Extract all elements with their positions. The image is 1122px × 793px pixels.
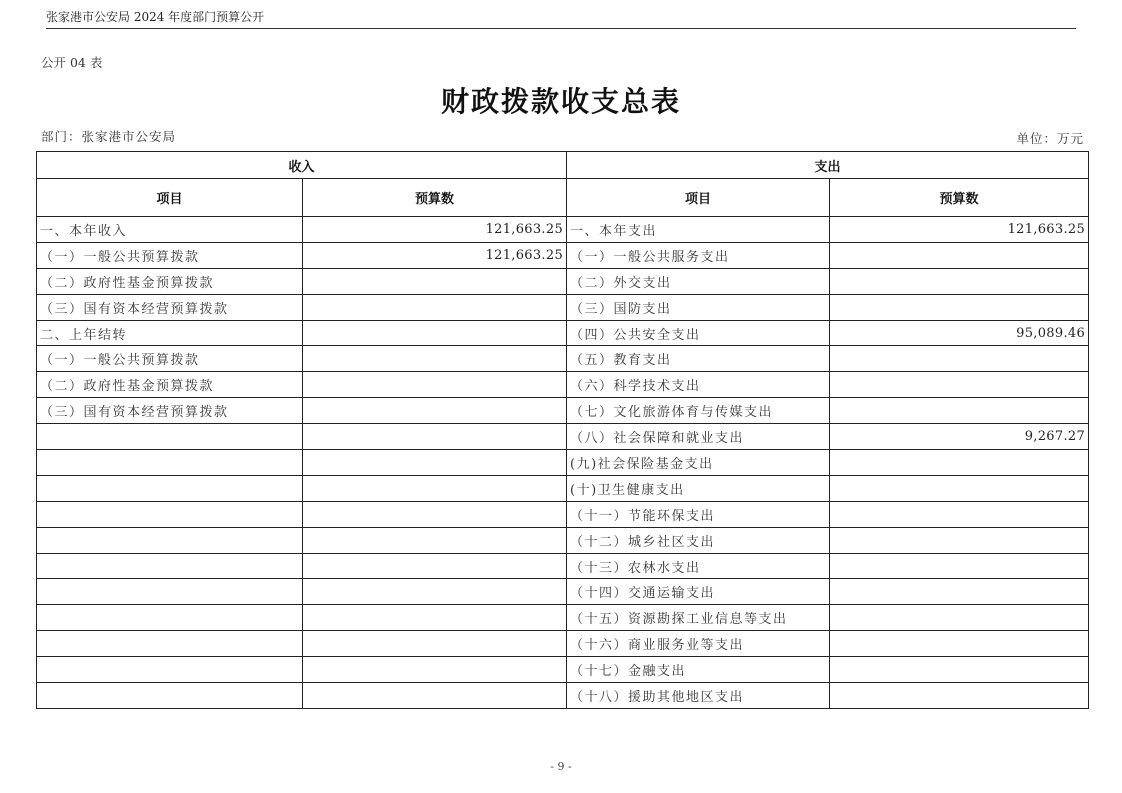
income-group-header: 收入 bbox=[37, 152, 567, 179]
expense-item-cell: (九)社会保险基金支出 bbox=[567, 450, 830, 476]
table-row: （一）一般公共预算拨款121,663.25（一）一般公共服务支出 bbox=[37, 242, 1089, 268]
income-item-cell: （二）政府性基金预算拨款 bbox=[37, 372, 303, 398]
expense-item-cell: （十五）资源勘探工业信息等支出 bbox=[567, 605, 830, 631]
unit-label: 单位：万元 bbox=[1016, 129, 1084, 147]
column-header-row: 项目 预算数 项目 预算数 bbox=[37, 179, 1089, 217]
income-item-cell bbox=[37, 683, 303, 709]
expense-item-cell: （十六）商业服务业等支出 bbox=[567, 631, 830, 657]
table-row: （十八）援助其他地区支出 bbox=[37, 683, 1089, 709]
income-item-cell bbox=[37, 475, 303, 501]
table-row: 二、上年结转（四）公共安全支出95,089.46 bbox=[37, 320, 1089, 346]
table-row: （十六）商业服务业等支出 bbox=[37, 631, 1089, 657]
income-amount-cell bbox=[303, 475, 567, 501]
income-amount-cell bbox=[303, 553, 567, 579]
table-row: （十二）城乡社区支出 bbox=[37, 527, 1089, 553]
expense-item-cell: （十八）援助其他地区支出 bbox=[567, 683, 830, 709]
table-row: 一、本年收入121,663.25一、本年支出121,663.25 bbox=[37, 217, 1089, 243]
expense-item-cell: （十二）城乡社区支出 bbox=[567, 527, 830, 553]
table-row: （十四）交通运输支出 bbox=[37, 579, 1089, 605]
table-row: （十三）农林水支出 bbox=[37, 553, 1089, 579]
table-row: （十五）资源勘探工业信息等支出 bbox=[37, 605, 1089, 631]
income-amount-cell bbox=[303, 605, 567, 631]
expense-amount-cell: 95,089.46 bbox=[830, 320, 1089, 346]
table-row: （八）社会保障和就业支出9,267.27 bbox=[37, 424, 1089, 450]
expense-amount-cell bbox=[830, 527, 1089, 553]
expense-amount-cell bbox=[830, 242, 1089, 268]
table-row: （三）国有资本经营预算拨款（七）文化旅游体育与传媒支出 bbox=[37, 398, 1089, 424]
expense-amount-cell bbox=[830, 501, 1089, 527]
expense-amount-cell bbox=[830, 683, 1089, 709]
expense-item-cell: （三）国防支出 bbox=[567, 294, 830, 320]
expense-item-cell: （十一）节能环保支出 bbox=[567, 501, 830, 527]
table-row: （十七）金融支出 bbox=[37, 657, 1089, 683]
income-item-cell bbox=[37, 527, 303, 553]
expense-item-cell: （二）外交支出 bbox=[567, 268, 830, 294]
expense-amount-cell bbox=[830, 372, 1089, 398]
income-amount-cell bbox=[303, 631, 567, 657]
table-row: （二）政府性基金预算拨款（二）外交支出 bbox=[37, 268, 1089, 294]
income-item-cell bbox=[37, 424, 303, 450]
table-row: （一）一般公共预算拨款（五）教育支出 bbox=[37, 346, 1089, 372]
expense-item-cell: （五）教育支出 bbox=[567, 346, 830, 372]
income-amount-cell bbox=[303, 320, 567, 346]
income-amount-cell: 121,663.25 bbox=[303, 242, 567, 268]
income-amount-cell bbox=[303, 268, 567, 294]
income-amount-header: 预算数 bbox=[303, 179, 567, 217]
income-item-cell: 二、上年结转 bbox=[37, 320, 303, 346]
income-amount-cell bbox=[303, 424, 567, 450]
expense-amount-cell bbox=[830, 346, 1089, 372]
expense-item-cell: （六）科学技术支出 bbox=[567, 372, 830, 398]
income-item-cell bbox=[37, 605, 303, 631]
expense-amount-header: 预算数 bbox=[830, 179, 1089, 217]
income-amount-cell bbox=[303, 683, 567, 709]
expense-amount-cell bbox=[830, 475, 1089, 501]
income-amount-cell bbox=[303, 501, 567, 527]
expense-item-cell: （八）社会保障和就业支出 bbox=[567, 424, 830, 450]
expense-amount-cell bbox=[830, 268, 1089, 294]
document-title: 财政拨款收支总表 bbox=[0, 80, 1122, 120]
department-label: 部门：张家港市公安局 bbox=[41, 127, 176, 145]
income-item-cell: （一）一般公共预算拨款 bbox=[37, 242, 303, 268]
table-row: （二）政府性基金预算拨款（六）科学技术支出 bbox=[37, 372, 1089, 398]
expense-item-cell: （十三）农林水支出 bbox=[567, 553, 830, 579]
expense-amount-cell bbox=[830, 450, 1089, 476]
budget-table: 收入 支出 项目 预算数 项目 预算数 一、本年收入121,663.25一、本年… bbox=[36, 151, 1089, 709]
income-item-cell: （一）一般公共预算拨款 bbox=[37, 346, 303, 372]
expense-amount-cell bbox=[830, 631, 1089, 657]
income-item-cell: （三）国有资本经营预算拨款 bbox=[37, 398, 303, 424]
table-row: （三）国有资本经营预算拨款（三）国防支出 bbox=[37, 294, 1089, 320]
income-item-cell bbox=[37, 631, 303, 657]
expense-amount-cell: 9,267.27 bbox=[830, 424, 1089, 450]
group-header-row: 收入 支出 bbox=[37, 152, 1089, 179]
income-amount-cell bbox=[303, 450, 567, 476]
expense-amount-cell bbox=[830, 398, 1089, 424]
income-amount-cell: 121,663.25 bbox=[303, 217, 567, 243]
expense-amount-cell bbox=[830, 579, 1089, 605]
table-number-label: 公开 04 表 bbox=[41, 53, 102, 71]
income-amount-cell bbox=[303, 372, 567, 398]
income-item-cell bbox=[37, 553, 303, 579]
income-amount-cell bbox=[303, 294, 567, 320]
expense-amount-cell bbox=[830, 294, 1089, 320]
income-item-cell: （三）国有资本经营预算拨款 bbox=[37, 294, 303, 320]
expense-item-cell: （四）公共安全支出 bbox=[567, 320, 830, 346]
expense-amount-cell bbox=[830, 605, 1089, 631]
expense-group-header: 支出 bbox=[567, 152, 1089, 179]
income-amount-cell bbox=[303, 346, 567, 372]
running-header: 张家港市公安局 2024 年度部门预算公开 bbox=[46, 9, 1076, 29]
income-item-header: 项目 bbox=[37, 179, 303, 217]
income-item-cell bbox=[37, 657, 303, 683]
income-item-cell: 一、本年收入 bbox=[37, 217, 303, 243]
expense-item-header: 项目 bbox=[567, 179, 830, 217]
expense-item-cell: （十七）金融支出 bbox=[567, 657, 830, 683]
expense-item-cell: （一）一般公共服务支出 bbox=[567, 242, 830, 268]
expense-item-cell: （十四）交通运输支出 bbox=[567, 579, 830, 605]
income-item-cell bbox=[37, 501, 303, 527]
income-amount-cell bbox=[303, 398, 567, 424]
table-row: （十一）节能环保支出 bbox=[37, 501, 1089, 527]
expense-item-cell: 一、本年支出 bbox=[567, 217, 830, 243]
income-item-cell bbox=[37, 579, 303, 605]
table-row: (十)卫生健康支出 bbox=[37, 475, 1089, 501]
income-amount-cell bbox=[303, 657, 567, 683]
expense-amount-cell bbox=[830, 553, 1089, 579]
income-item-cell: （二）政府性基金预算拨款 bbox=[37, 268, 303, 294]
table-row: (九)社会保险基金支出 bbox=[37, 450, 1089, 476]
page-number: - 9 - bbox=[0, 760, 1122, 773]
income-item-cell bbox=[37, 450, 303, 476]
income-amount-cell bbox=[303, 579, 567, 605]
income-amount-cell bbox=[303, 527, 567, 553]
expense-amount-cell: 121,663.25 bbox=[830, 217, 1089, 243]
expense-amount-cell bbox=[830, 657, 1089, 683]
expense-item-cell: （七）文化旅游体育与传媒支出 bbox=[567, 398, 830, 424]
expense-item-cell: (十)卫生健康支出 bbox=[567, 475, 830, 501]
